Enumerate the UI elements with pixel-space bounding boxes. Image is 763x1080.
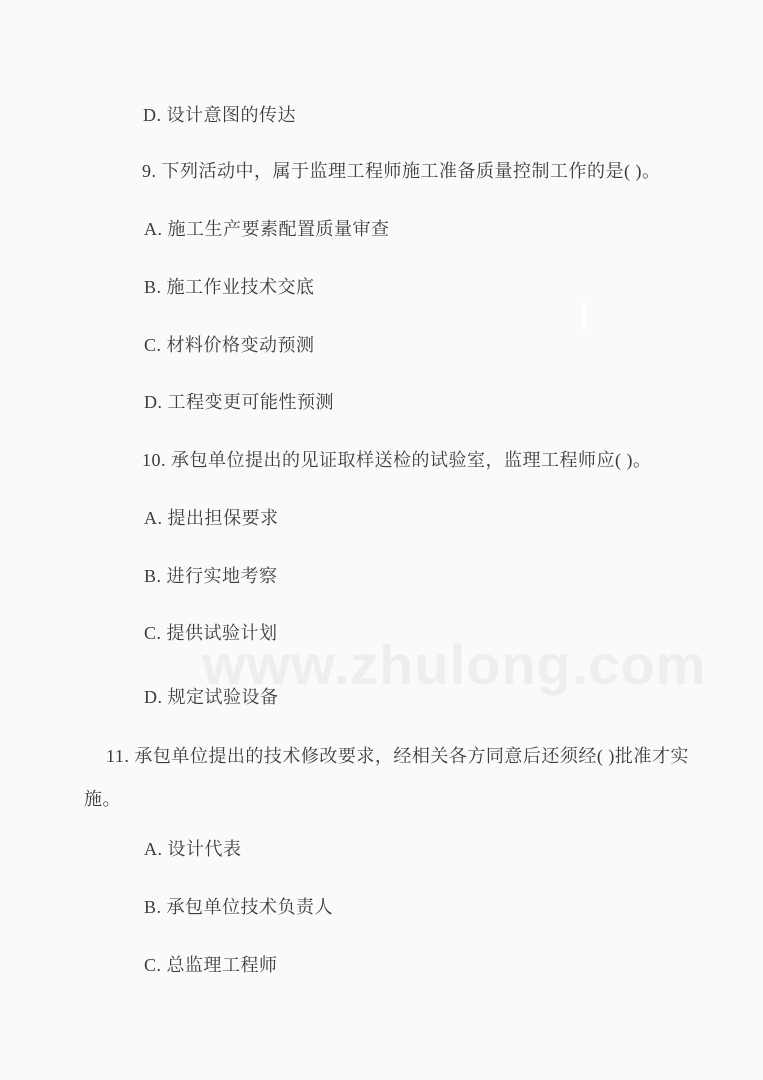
question-10-option-a: A. 提出担保要求 (144, 507, 279, 529)
question-9-option-c: C. 材料价格变动预测 (144, 334, 315, 356)
scan-artifact-mark (581, 301, 587, 331)
question-9-option-a: A. 施工生产要素配置质量审查 (144, 218, 390, 240)
question-11-option-c: C. 总监理工程师 (144, 954, 278, 976)
question-9-option-d: D. 工程变更可能性预测 (144, 391, 334, 413)
question-11-option-b: B. 承包单位技术负责人 (144, 896, 333, 918)
question-10-option-c: C. 提供试验计划 (144, 622, 278, 644)
question-11-stem-line-2: 施。 (84, 788, 121, 810)
question-10-option-b: B. 进行实地考察 (144, 565, 278, 587)
exam-document-page: www.zhulong.com D. 设计意图的传达 9. 下列活动中，属于监理… (0, 0, 763, 1080)
question-10-option-d: D. 规定试验设备 (144, 686, 279, 708)
question-9-option-b: B. 施工作业技术交底 (144, 276, 315, 298)
question-9-stem: 9. 下列活动中，属于监理工程师施工准备质量控制工作的是( )。 (142, 160, 661, 182)
prev-question-option-d: D. 设计意图的传达 (143, 104, 296, 126)
question-11-option-a: A. 设计代表 (144, 838, 242, 860)
question-11-stem-line-1: 11. 承包单位提出的技术修改要求，经相关各方同意后还须经( )批准才实 (106, 745, 689, 767)
question-10-stem: 10. 承包单位提出的见证取样送检的试验室，监理工程师应( )。 (142, 449, 652, 471)
